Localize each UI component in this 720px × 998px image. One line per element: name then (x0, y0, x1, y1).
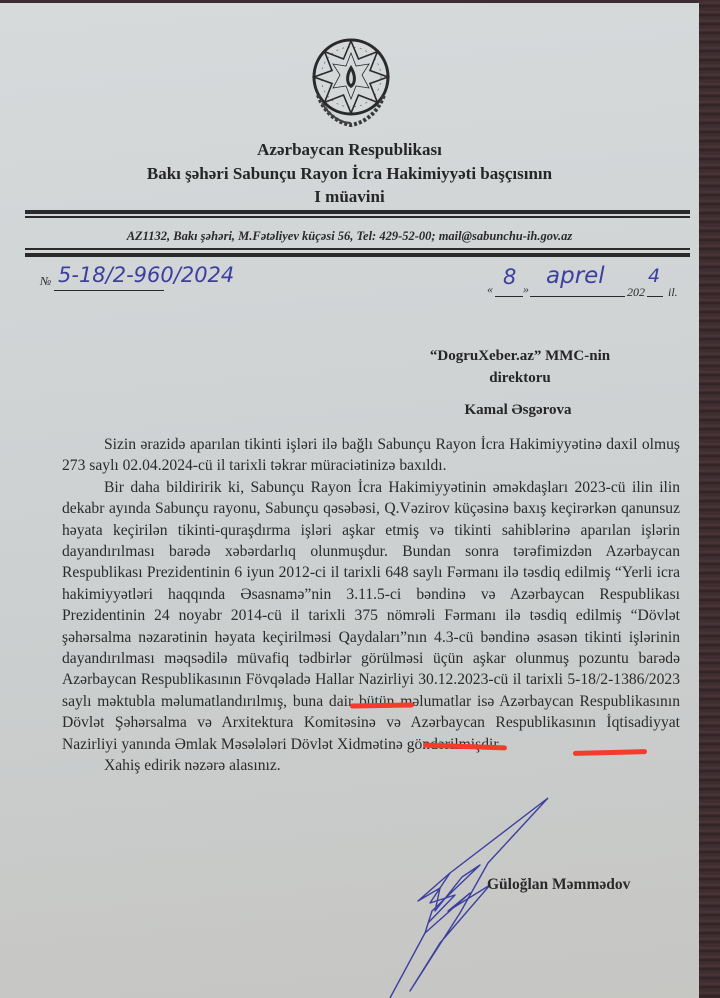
letter-body: Sizin ərazidə aparılan tikinti işləri il… (62, 434, 680, 777)
recipient-name: Kamal Əsgərova (408, 399, 628, 421)
date-open-quote: « (487, 282, 493, 297)
address-line: AZ1132, Bakı şəhəri, M.Fətəliyev küçəsi … (0, 229, 699, 244)
recipient-title: direktoru (410, 367, 630, 389)
recipient-organization: “DogruXeber.az” MMC-nin (410, 345, 630, 367)
header-position: I müavini (0, 186, 699, 208)
signer-name: Güloğlan Məmmədov (487, 876, 630, 894)
reference-number-handwritten: 5-18/2-960/2024 (58, 263, 234, 287)
date-year-handwritten: 4 (648, 265, 660, 287)
date-year-suffix: il. (668, 285, 678, 300)
body-paragraph-2: Bir daha bildiririk ki, Sabunçu Rayon İc… (62, 477, 680, 755)
header-rule-top-thick (25, 210, 690, 214)
header-rule-bottom-thick (25, 253, 690, 257)
date-month-handwritten: aprel (546, 263, 605, 289)
date-close-quote: » (523, 282, 529, 297)
reference-number-label: № (40, 274, 51, 289)
header-authority: Bakı şəhəri Sabunçu Rayon İcra Hakimiyyə… (0, 163, 699, 185)
azerbaijan-state-emblem-icon (306, 33, 396, 133)
date-year-underline (647, 296, 663, 297)
body-paragraph-1: Sizin ərazidə aparılan tikinti işləri il… (62, 434, 680, 477)
reference-underline (54, 290, 164, 291)
date-year-prefix: 202 (627, 285, 645, 300)
date-day-handwritten: 8 (503, 265, 516, 289)
header-country: Azərbaycan Respublikası (0, 139, 699, 161)
body-paragraph-3: Xahiş edirik nəzərə alasınız. (62, 755, 680, 776)
handwritten-signature (330, 793, 570, 998)
header-rule-bottom-thin (25, 248, 690, 250)
date-day-underline (495, 296, 523, 297)
header-rule-top-thin (25, 216, 690, 218)
wooden-table-background (698, 0, 720, 998)
date-month-underline (530, 296, 625, 297)
letter-page: Azərbaycan Respublikası Bakı şəhəri Sabu… (0, 3, 699, 998)
